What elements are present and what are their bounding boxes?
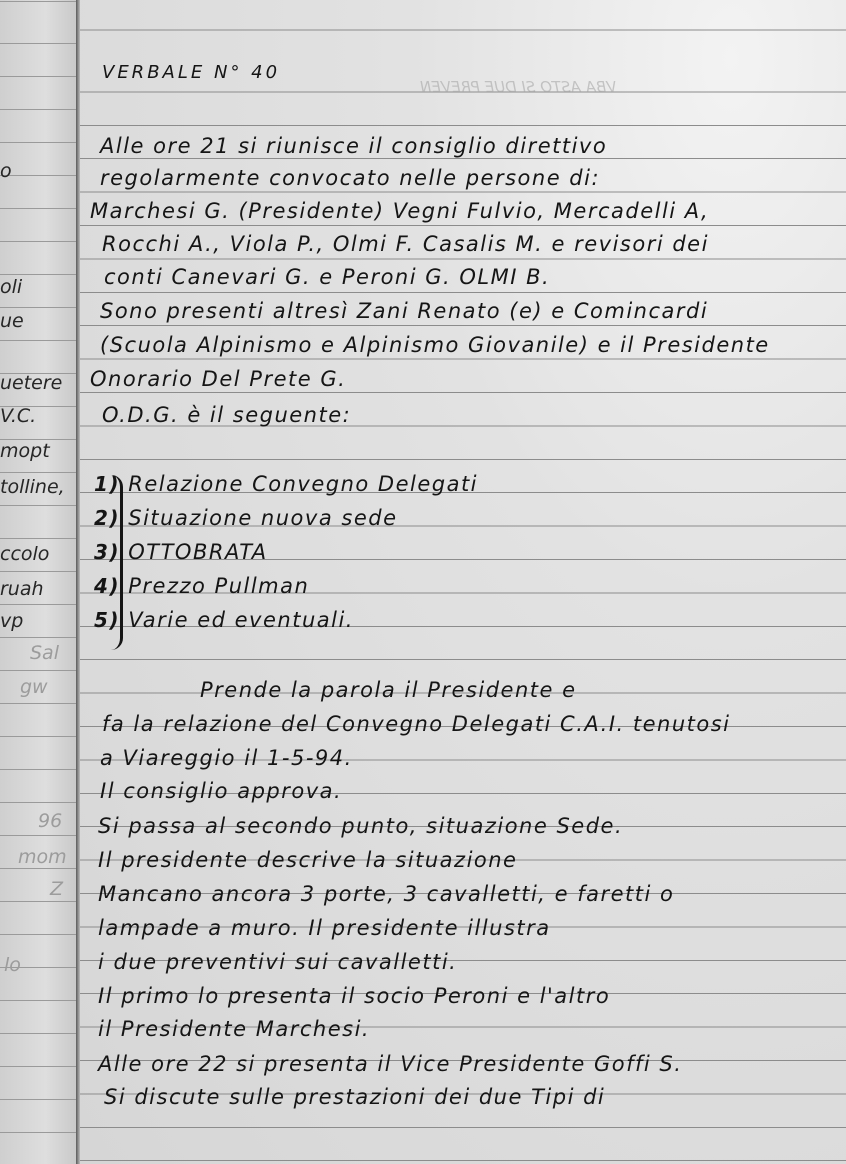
minutes-line: Rocchi A., Viola P., Olmi F. Casalis M. …: [102, 232, 709, 256]
minutes-line: il Presidente Marchesi.: [98, 1017, 370, 1041]
notebook-scan: o oli ue uetere V.C. mopt tolline, ccolo…: [0, 0, 846, 1164]
margin-fragment: vp: [0, 610, 23, 632]
margin-fragment: oli: [0, 276, 22, 298]
agenda-number: 5): [94, 608, 120, 632]
left-page: o oli ue uetere V.C. mopt tolline, ccolo…: [0, 0, 76, 1164]
agenda-item-1: 1) Relazione Convegno Delegati: [94, 472, 478, 496]
minutes-line: Il presidente descrive la situazione: [98, 848, 517, 872]
minutes-line: Marchesi G. (Presidente) Vegni Fulvio, M…: [90, 199, 709, 223]
margin-fragment: ruah: [0, 578, 44, 600]
minutes-line: Il consiglio approva.: [100, 779, 342, 803]
agenda-number: 3): [94, 540, 120, 564]
margin-fragment: tolline,: [0, 476, 65, 498]
minutes-line: Prende la parola il Presidente e: [200, 678, 577, 702]
agenda-number: 1): [94, 472, 120, 496]
agenda-label: Situazione nuova sede: [128, 506, 397, 530]
margin-fragment: lo: [4, 954, 21, 976]
minutes-line: Si discute sulle prestazioni dei due Tip…: [104, 1085, 605, 1109]
margin-fragment: ccolo: [0, 543, 49, 565]
minutes-line: lampade a muro. Il presidente illustra: [98, 916, 551, 940]
agenda-item-4: 4) Prezzo Pullman: [94, 574, 309, 598]
minutes-line: Si passa al secondo punto, situazione Se…: [98, 814, 623, 838]
margin-fragment: gw: [20, 676, 48, 698]
minutes-line: (Scuola Alpinismo e Alpinismo Giovanile)…: [100, 333, 770, 357]
minutes-line: Mancano ancora 3 porte, 3 cavalletti, e …: [98, 882, 674, 906]
agenda-number: 2): [94, 506, 120, 530]
minutes-line: fa la relazione del Convegno Delegati C.…: [102, 712, 731, 736]
right-page: VBA ASTO SI DUE PREVEN VERBALE N° 40 All…: [80, 0, 846, 1164]
margin-fragment: uetere: [0, 372, 62, 394]
margin-fragment: Z: [50, 878, 63, 900]
minutes-line: Sono presenti altresì Zani Renato (e) e …: [100, 299, 708, 323]
bleed-through-text: VBA ASTO SI DUE PREVEN: [420, 78, 617, 96]
minutes-line: O.D.G. è il seguente:: [102, 403, 351, 427]
minutes-line: i due preventivi sui cavalletti.: [98, 950, 457, 974]
agenda-label: Prezzo Pullman: [128, 574, 309, 598]
minutes-line: regolarmente convocato nelle persone di:: [100, 166, 600, 190]
agenda-item-3: 3) OTTOBRATA: [94, 540, 268, 564]
margin-fragment: mom: [18, 846, 67, 868]
margin-fragment: V.C.: [0, 405, 36, 427]
agenda-label: Relazione Convegno Delegati: [128, 472, 478, 496]
minutes-line: a Viareggio il 1-5-94.: [100, 746, 353, 770]
margin-fragment: mopt: [0, 440, 50, 462]
agenda-item-5: 5) Varie ed eventuali.: [94, 608, 354, 632]
minutes-line: Onorario Del Prete G.: [90, 367, 346, 391]
agenda-item-2: 2) Situazione nuova sede: [94, 506, 398, 530]
margin-fragment: o: [0, 160, 12, 182]
agenda-number: 4): [94, 574, 120, 598]
margin-fragment: 96: [38, 810, 62, 832]
agenda-label: Varie ed eventuali.: [128, 608, 354, 632]
margin-fragment: ue: [0, 310, 24, 332]
agenda-label: OTTOBRATA: [128, 540, 267, 564]
margin-fragment: Sal: [30, 642, 59, 664]
minutes-line: Il primo lo presenta il socio Peroni e l…: [98, 984, 610, 1008]
minutes-line: Alle ore 22 si presenta il Vice Presiden…: [98, 1052, 682, 1076]
minutes-line: Alle ore 21 si riunisce il consiglio dir…: [100, 134, 607, 158]
minutes-line: conti Canevari G. e Peroni G. OLMI B.: [104, 265, 550, 289]
minutes-heading: VERBALE N° 40: [102, 62, 280, 83]
